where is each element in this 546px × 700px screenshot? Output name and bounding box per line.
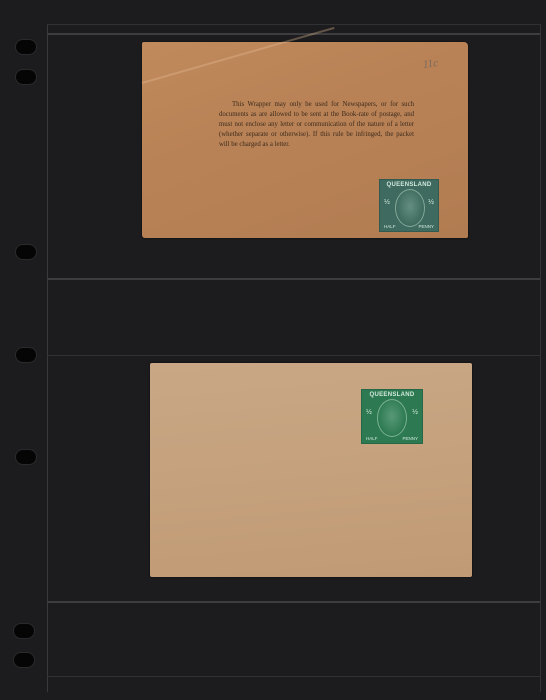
stamp-value-word-left: HALF bbox=[384, 224, 396, 229]
stamp-value-word-left: HALF bbox=[366, 436, 378, 441]
pocket-divider bbox=[47, 33, 540, 35]
pocket-divider bbox=[47, 24, 540, 25]
binder-hole bbox=[16, 348, 36, 362]
pocket-divider bbox=[47, 601, 540, 603]
binder-hole bbox=[16, 245, 36, 259]
pocket-right-edge bbox=[540, 24, 541, 692]
binder-hole bbox=[14, 624, 34, 638]
stamp-value-left: ½ bbox=[384, 199, 390, 206]
queensland-stamp-imprint: QUEENSLAND ½ ½ HALF PENNY bbox=[379, 179, 439, 232]
stamp-value-word-right: PENNY bbox=[418, 224, 434, 229]
pocket-divider bbox=[47, 355, 540, 356]
queen-portrait-icon bbox=[395, 189, 425, 227]
wrapper-notice-text: This Wrapper may only be used for Newspa… bbox=[219, 100, 414, 150]
stamp-country: QUEENSLAND bbox=[380, 182, 438, 188]
stamp-value-right: ½ bbox=[412, 409, 418, 416]
binder-hole bbox=[14, 653, 34, 667]
newspaper-wrapper-1: 11c This Wrapper may only be used for Ne… bbox=[142, 42, 468, 238]
pocket-divider bbox=[47, 676, 540, 677]
stamp-value-left: ½ bbox=[366, 409, 372, 416]
stamp-album-page: 11c This Wrapper may only be used for Ne… bbox=[0, 0, 546, 700]
binder-hole bbox=[16, 70, 36, 84]
stamp-value-right: ½ bbox=[428, 199, 434, 206]
stamp-country: QUEENSLAND bbox=[362, 392, 422, 398]
queen-portrait-icon bbox=[377, 399, 407, 437]
pencil-price-note: 11c bbox=[422, 57, 439, 71]
queensland-stamp-imprint: QUEENSLAND ½ ½ HALF PENNY bbox=[361, 389, 423, 444]
binder-hole bbox=[16, 40, 36, 54]
stamp-value-word-right: PENNY bbox=[402, 436, 418, 441]
pocket-left-edge bbox=[47, 24, 48, 692]
binder-hole bbox=[16, 450, 36, 464]
pocket-divider bbox=[47, 278, 540, 280]
newspaper-wrapper-2: QUEENSLAND ½ ½ HALF PENNY bbox=[150, 363, 472, 577]
